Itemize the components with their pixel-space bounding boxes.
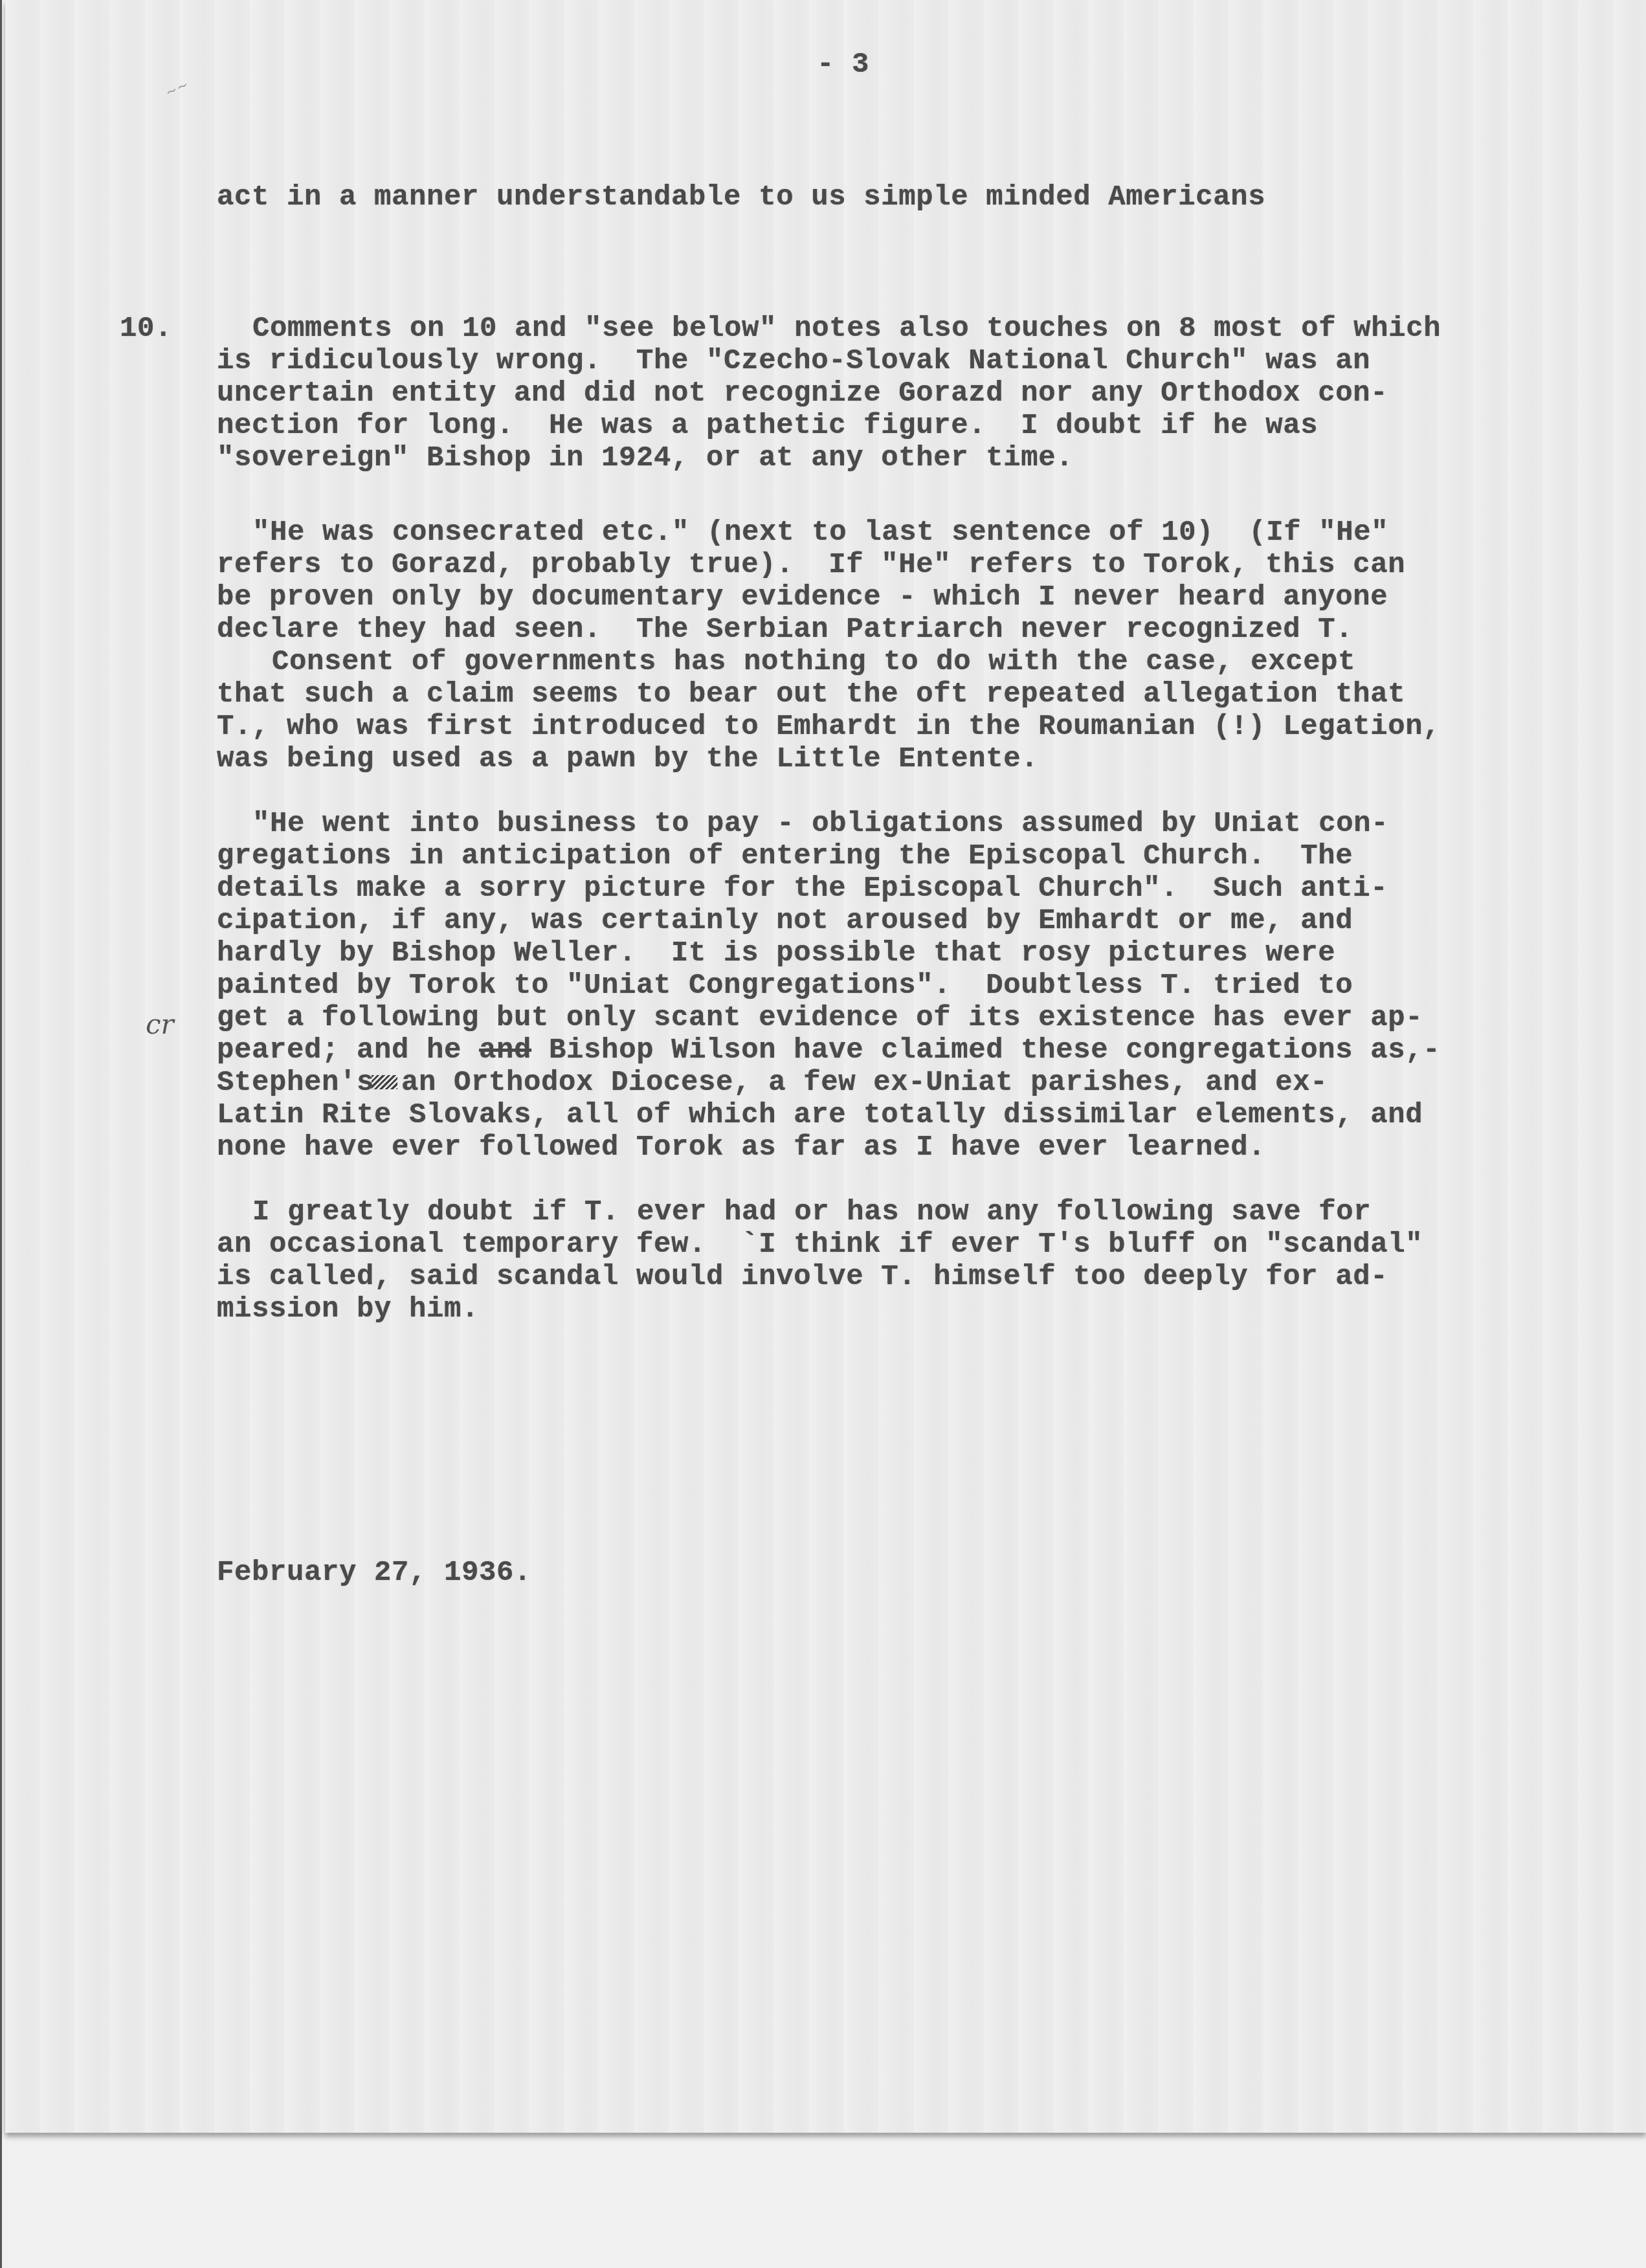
scan-left-edge xyxy=(0,0,2,2268)
text-fragment: Stephen's xyxy=(217,1067,374,1099)
text-fragment: peared; and he xyxy=(217,1034,462,1067)
text-line: nection for long. He was a pathetic figu… xyxy=(217,410,1318,442)
struck-word: and xyxy=(479,1034,531,1067)
ink-scribble-icon xyxy=(372,1075,397,1089)
text-line: get a following but only scant evidence … xyxy=(217,1002,1423,1034)
text-line-with-correction: peared; and he and Bishop Wilson have cl… xyxy=(217,1034,1440,1067)
text-line: "He went into business to pay - obligati… xyxy=(252,808,1388,840)
text-line: Comments on 10 and "see below" notes als… xyxy=(252,313,1441,345)
text-line: is called, said scandal would involve T.… xyxy=(217,1261,1388,1293)
text-line: "sovereign" Bishop in 1924, or at any ot… xyxy=(217,442,1073,474)
text-line: be proven only by documentary evidence -… xyxy=(217,581,1388,614)
item-number: 10. xyxy=(120,313,172,345)
text-line: hardly by Bishop Weller. It is possible … xyxy=(217,937,1335,970)
text-line: declare they had seen. The Serbian Patri… xyxy=(217,614,1353,646)
text-line: uncertain entity and did not recognize G… xyxy=(217,377,1388,410)
text-fragment: Bishop Wilson have claimed these congreg… xyxy=(549,1034,1440,1067)
text-line: gregations in anticipation of entering t… xyxy=(217,840,1353,873)
text-line-with-correction: Stephen'san Orthodox Diocese, a few ex-U… xyxy=(217,1067,1328,1099)
text-line: painted by Torok to "Uniat Congregations… xyxy=(217,970,1353,1002)
handwritten-margin-note: cr xyxy=(146,1008,174,1040)
text-line: refers to Gorazd, probably true). If "He… xyxy=(217,549,1405,581)
text-line: T., who was first introduced to Emhardt … xyxy=(217,711,1440,743)
text-line: mission by him. xyxy=(217,1293,479,1326)
text-line: an occasional temporary few. `I think if… xyxy=(217,1228,1423,1261)
text-line: Latin Rite Slovaks, all of which are tot… xyxy=(217,1099,1423,1131)
text-line: was being used as a pawn by the Little E… xyxy=(217,743,1038,775)
text-line: "He was consecrated etc." (next to last … xyxy=(252,517,1388,549)
text-line: details make a sorry picture for the Epi… xyxy=(217,873,1388,905)
text-line: I greatly doubt if T. ever had or has no… xyxy=(252,1196,1371,1228)
opening-line: act in a manner understandable to us sim… xyxy=(217,181,1265,214)
page-number: - 3 xyxy=(817,49,869,81)
text-fragment: an Orthodox Diocese, a few ex-Uniat pari… xyxy=(401,1067,1328,1099)
text-line: Consent of governments has nothing to do… xyxy=(272,646,1355,678)
document-date: February 27, 1936. xyxy=(217,1557,531,1589)
text-line: none have ever followed Torok as far as … xyxy=(217,1131,1265,1164)
text-line: is ridiculously wrong. The "Czecho-Slova… xyxy=(217,345,1370,377)
text-line: that such a claim seems to bear out the … xyxy=(217,678,1405,711)
text-line: cipation, if any, was certainly not arou… xyxy=(217,905,1353,937)
